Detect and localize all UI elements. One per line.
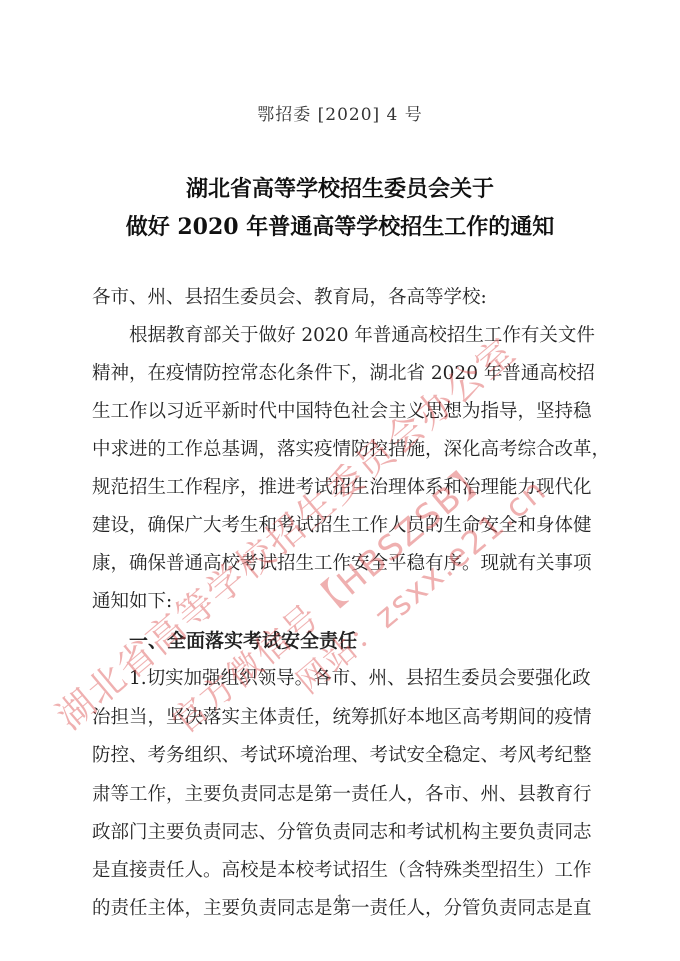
intro-line: 通知如下:	[92, 587, 172, 617]
intro-line: 规范招生工作程序，推进考试招生治理体系和治理能力现代化	[92, 473, 588, 503]
intro-line: 建设，确保广大考生和考试招生工作人员的生命安全和身体健	[92, 511, 588, 541]
intro-line: 精神，在疫情防控常态化条件下，湖北省 2020 年普通高校招	[92, 359, 588, 389]
section-heading: 一、全面落实考试安全责任	[129, 626, 357, 656]
page-number: 1	[0, 893, 680, 906]
document-page: 鄂招委 [2020] 4 号 湖北省高等学校招生委员会关于 做好 2020 年普…	[0, 0, 680, 961]
section-line: 1.切实加强组织领导。各市、州、县招生委员会要强化政	[129, 664, 588, 694]
intro-line: 根据教育部关于做好 2020 年普通高校招生工作有关文件	[129, 321, 588, 351]
section-line: 防控、考务组织、考试环境治理、考试安全稳定、考风考纪整	[92, 741, 588, 771]
intro-line: 中求进的工作总基调，落实疫情防控措施，深化高考综合改革，	[92, 435, 588, 465]
document-title-line-2: 做好 2020 年普通高等学校招生工作的通知	[0, 210, 680, 241]
section-line: 治担当，坚决落实主体责任，统筹抓好本地区高考期间的疫情	[92, 703, 588, 733]
section-line: 政部门主要负责同志、分管负责同志和考试机构主要负责同志	[92, 818, 588, 848]
intro-line: 康，确保普通高校考试招生工作安全平稳有序。现就有关事项	[92, 549, 588, 579]
document-number: 鄂招委 [2020] 4 号	[0, 100, 680, 125]
section-line: 是直接责任人。高校是本校考试招生（含特殊类型招生）工作	[92, 856, 588, 886]
intro-line: 生工作以习近平新时代中国特色社会主义思想为指导，坚持稳	[92, 397, 588, 427]
section-line: 肃等工作，主要负责同志是第一责任人，各市、州、县教育行	[92, 780, 588, 810]
document-title-line-1: 湖北省高等学校招生委员会关于	[0, 172, 680, 203]
salutation: 各市、州、县招生委员会、教育局，各高等学校:	[92, 283, 487, 313]
